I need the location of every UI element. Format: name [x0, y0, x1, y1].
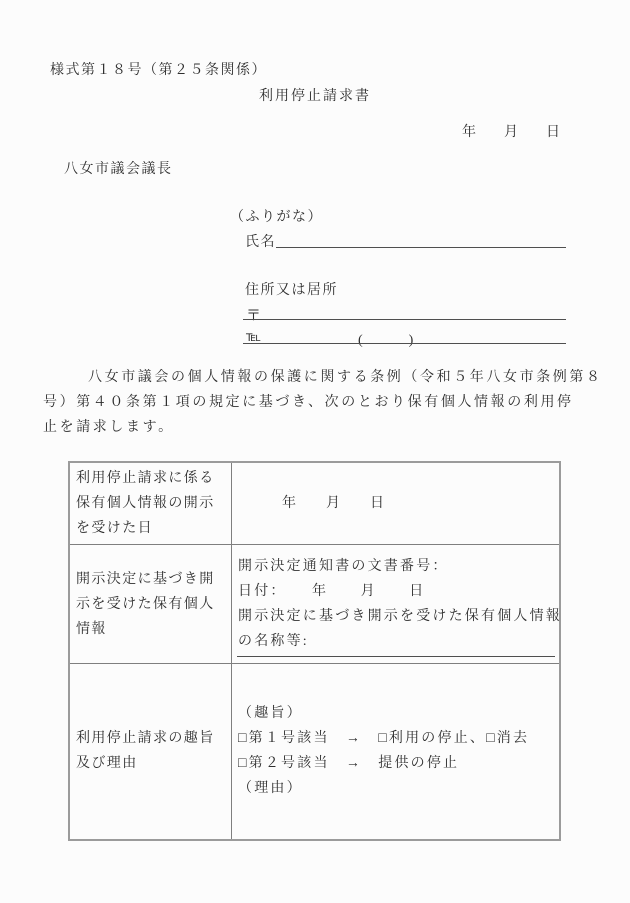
row-value-purpose-reason: （趣旨） □第１号該当 → □利用の停止、□消去 □第２号該当 → 提供の停止 …: [232, 664, 561, 840]
row-label-disclosure-date: 利用停止請求に係る 保有個人情報の開示 を受けた日: [69, 462, 232, 545]
addressee: 八女市議会議長: [64, 158, 173, 178]
address-label: 住所又は居所: [245, 279, 338, 299]
tel-area-code-parens: ( ): [358, 329, 414, 349]
postal-mark-icon: 〒: [246, 304, 261, 325]
request-statement: 八女市議会の個人情報の保護に関する条例（令和５年八女市条例第８ 号）第４０条第１…: [43, 365, 603, 440]
document-title: 利用停止請求書: [0, 85, 630, 105]
date-line: 年 月 日: [462, 121, 567, 141]
row-label-disclosed-info: 開示決定に基づき開 示を受けた保有個人 情報: [69, 545, 232, 664]
name-fill-line: [276, 247, 566, 248]
table-row: 利用停止請求の趣旨 及び理由 （趣旨） □第１号該当 → □利用の停止、□消去 …: [69, 664, 560, 840]
table-row: 利用停止請求に係る 保有個人情報の開示 を受けた日 年 月 日: [69, 462, 560, 545]
form-number: 様式第１８号（第２５条関係）: [50, 59, 267, 79]
row-value-disclosed-info: 開示決定通知書の文書番号： 日付： 年 月 日 開示決定に基づき開示を受けた保有…: [232, 545, 561, 664]
row-label-purpose-reason: 利用停止請求の趣旨 及び理由: [69, 664, 232, 840]
cell-fill-line: [237, 656, 555, 657]
row-value-disclosure-date: 年 月 日: [232, 462, 561, 545]
disclosed-info-text: 開示決定通知書の文書番号： 日付： 年 月 日 開示決定に基づき開示を受けた保有…: [238, 559, 562, 649]
document-page: 様式第１８号（第２５条関係） 利用停止請求書 年 月 日 八女市議会議長 （ふり…: [0, 0, 630, 903]
table-row: 開示決定に基づき開 示を受けた保有個人 情報 開示決定通知書の文書番号： 日付：…: [69, 545, 560, 664]
tel-fill-line: [243, 343, 566, 344]
furigana-label: （ふりがな）: [230, 206, 323, 226]
postal-fill-line: [243, 319, 566, 320]
name-label: 氏名: [245, 231, 276, 251]
request-details-table: 利用停止請求に係る 保有個人情報の開示 を受けた日 年 月 日 開示決定に基づき…: [68, 461, 561, 841]
